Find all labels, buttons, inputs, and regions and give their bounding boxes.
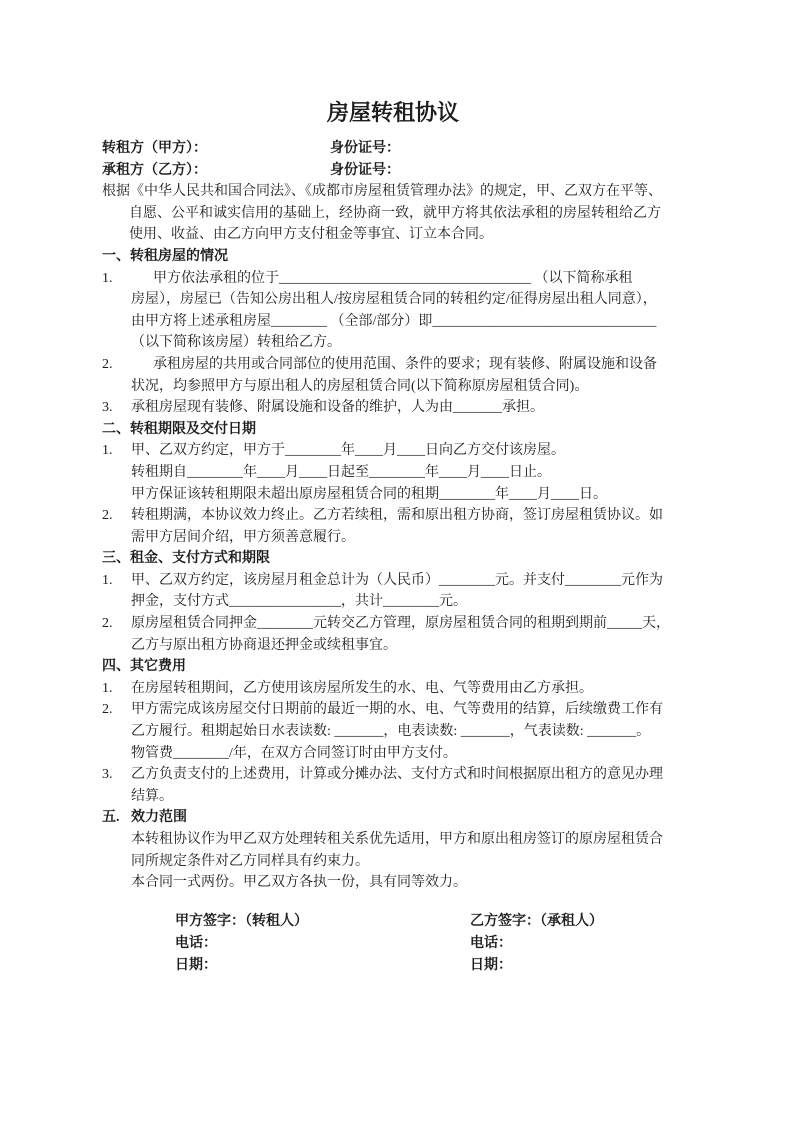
document-page: 房屋转租协议 转租方（甲方）： 身份证号： 承租方（乙方）： 身份证号： 根据《… <box>0 0 794 1123</box>
contract-item: 1. 甲、乙双方约定，该房屋月租金总计为（人民币）________元。并支付__… <box>102 570 684 613</box>
party-b-sign-label: 乙方签字：（承租人） <box>470 911 603 933</box>
section-paragraph: 本合同一式两份。甲乙双方各执一份，具有同等效力。 <box>131 872 684 894</box>
party-a-date-label: 日期： <box>175 955 470 977</box>
contract-item: 3. 承租房屋现有装修、附属设施和设备的维护，人为由_______承担。 <box>102 397 684 419</box>
item-text: 甲方依法承租的位于_______________________________… <box>131 268 684 354</box>
section-heading-label: 效力范围 <box>131 807 187 829</box>
party-label: 承租方（乙方）： <box>102 160 330 182</box>
section-2: 二、转租期限及交付日期 1. 甲、乙双方约定，甲方于________年____月… <box>102 419 684 549</box>
item-number: 2. <box>102 613 131 656</box>
section-4: 四、其它费用 1. 在房屋转租期间，乙方使用该房屋所发生的水、电、气等费用由乙方… <box>102 656 684 807</box>
party-b-phone-label: 电话： <box>470 933 603 955</box>
item-number: 1. <box>102 440 131 505</box>
item-number: 1. <box>102 678 131 700</box>
item-number: 2. <box>102 699 131 764</box>
party-a-sign-label: 甲方签字：（转租人） <box>175 911 470 933</box>
party-row-sublessee: 承租方（乙方）： 身份证号： <box>102 160 684 182</box>
contract-item: 1. 在房屋转租期间，乙方使用该房屋所发生的水、电、气等费用由乙方承担。 <box>102 678 684 700</box>
party-id-label: 身份证号： <box>330 138 400 160</box>
signature-party-a: 甲方签字：（转租人） 电话： 日期： <box>175 911 470 977</box>
party-b-date-label: 日期： <box>470 955 603 977</box>
item-text: 甲、乙双方约定，甲方于________年____月____日向乙方交付该房屋。 … <box>131 440 684 505</box>
item-number: 3. <box>102 764 131 807</box>
signature-block: 甲方签字：（转租人） 电话： 日期： 乙方签字：（承租人） 电话： 日期： <box>102 911 684 977</box>
contract-item: 2. 甲方需完成该房屋交付日期前的最近一期的水、电、气等费用的结算，后续缴费工作… <box>102 699 684 764</box>
party-id-label: 身份证号： <box>330 160 400 182</box>
contract-item: 3. 乙方负责支付的上述费用，计算或分摊办法、支付方式和时间根据原出租方的意见办… <box>102 764 684 807</box>
section-1: 一、转租房屋的情况 1. 甲方依法承租的位于__________________… <box>102 246 684 419</box>
section-heading: 三、租金、支付方式和期限 <box>102 548 684 570</box>
item-text: 承租房屋的共用或合同部位的使用范围、条件的要求；现有装修、附属设施和设备 状况，… <box>131 354 684 397</box>
item-text: 甲方需完成该房屋交付日期前的最近一期的水、电、气等费用的结算，后续缴费工作有 乙… <box>131 699 684 764</box>
contract-item: 1. 甲、乙双方约定，甲方于________年____月____日向乙方交付该房… <box>102 440 684 505</box>
item-number: 1. <box>102 570 131 613</box>
item-text: 乙方负责支付的上述费用，计算或分摊办法、支付方式和时间根据原出租方的意见办理 结… <box>131 764 684 807</box>
section-heading: 四、其它费用 <box>102 656 684 678</box>
contract-item: 2. 原房屋租赁合同押金________元转交乙方管理，原房屋租赁合同的租期到期… <box>102 613 684 656</box>
signature-party-b: 乙方签字：（承租人） 电话： 日期： <box>470 911 603 977</box>
contract-item: 2. 承租房屋的共用或合同部位的使用范围、条件的要求；现有装修、附属设施和设备 … <box>102 354 684 397</box>
item-number: 2. <box>102 505 131 548</box>
item-number: 2. <box>102 354 131 397</box>
party-a-phone-label: 电话： <box>175 933 470 955</box>
section-number: 五. <box>102 807 131 829</box>
section-3: 三、租金、支付方式和期限 1. 甲、乙双方约定，该房屋月租金总计为（人民币）__… <box>102 548 684 656</box>
document-title: 房屋转租协议 <box>102 100 684 126</box>
section-heading: 一、转租房屋的情况 <box>102 246 684 268</box>
item-text: 承租房屋现有装修、附属设施和设备的维护，人为由_______承担。 <box>131 397 684 419</box>
contract-item: 2. 转租期满，本协议效力终止。乙方若续租，需和原出租方协商，签订房屋租赁协议。… <box>102 505 684 548</box>
party-label: 转租方（甲方）： <box>102 138 330 160</box>
preamble-paragraph: 根据《中华人民共和国合同法》、《成都市房屋租赁管理办法》的规定，甲、乙双方在平等… <box>102 181 684 246</box>
party-row-sublessor: 转租方（甲方）： 身份证号： <box>102 138 684 160</box>
section-heading: 五. 效力范围 <box>102 807 684 829</box>
item-number: 1. <box>102 268 131 354</box>
item-number: 3. <box>102 397 131 419</box>
section-heading: 二、转租期限及交付日期 <box>102 419 684 441</box>
contract-item: 1. 甲方依法承租的位于____________________________… <box>102 268 684 354</box>
item-text: 转租期满，本协议效力终止。乙方若续租，需和原出租方协商，签订房屋租赁协议。如 需… <box>131 505 684 548</box>
item-text: 原房屋租赁合同押金________元转交乙方管理，原房屋租赁合同的租期到期前__… <box>131 613 684 656</box>
section-5: 五. 效力范围 本转租协议作为甲乙双方处理转租关系优先适用，甲方和原出租房签订的… <box>102 807 684 893</box>
item-text: 在房屋转租期间，乙方使用该房屋所发生的水、电、气等费用由乙方承担。 <box>131 678 684 700</box>
item-text: 甲、乙双方约定，该房屋月租金总计为（人民币）________元。并支付_____… <box>131 570 684 613</box>
section-paragraph: 本转租协议作为甲乙双方处理转租关系优先适用，甲方和原出租房签订的原房屋租赁合 同… <box>131 829 684 872</box>
